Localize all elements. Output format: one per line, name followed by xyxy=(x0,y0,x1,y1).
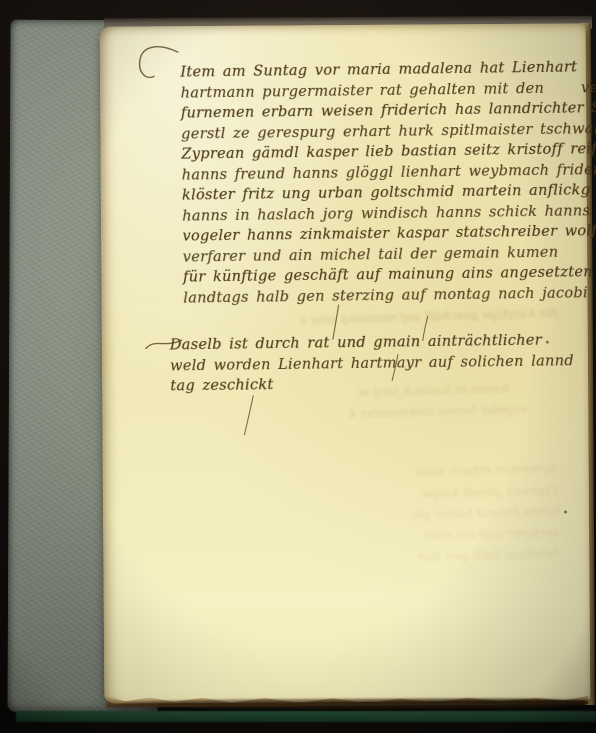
ink-speck xyxy=(546,341,549,344)
ink-speck xyxy=(564,510,567,513)
manuscript-paragraph-2: Daselb ist durch rat und gmain ainträcht… xyxy=(170,330,575,397)
page-bottom-shadow xyxy=(120,698,588,709)
bleed-through-line: landtags halb gen sterzing auf montag na… xyxy=(418,545,558,564)
binding-edge-band xyxy=(16,711,596,722)
bleed-through-line: Zyprean gämdl kasper lieb bastian seitz … xyxy=(421,482,559,501)
bleed-through-line: verfarer und ain michel tail der gemain … xyxy=(425,524,559,543)
bleed-through-line: hanns freund hanns glöggl lienhart weybm… xyxy=(411,503,561,522)
bleed-through-line: vogeler hanns zinkmaister kaspar statsch… xyxy=(347,401,527,421)
manuscript-paragraph-1: Item am Suntag vor maria madalena hat Li… xyxy=(180,56,596,308)
bleed-through-line: furnemen erbarn weisen friderich has lan… xyxy=(415,460,557,479)
initial-flourish xyxy=(139,47,178,78)
manuscript-page: für künftige geschäft auf mainung ains a… xyxy=(100,23,591,703)
descender-stroke xyxy=(244,396,253,435)
bleed-through-line: für künftige geschäft auf mainung ains a… xyxy=(300,305,558,327)
manuscript-photo: für künftige geschäft auf mainung ains a… xyxy=(0,0,596,733)
